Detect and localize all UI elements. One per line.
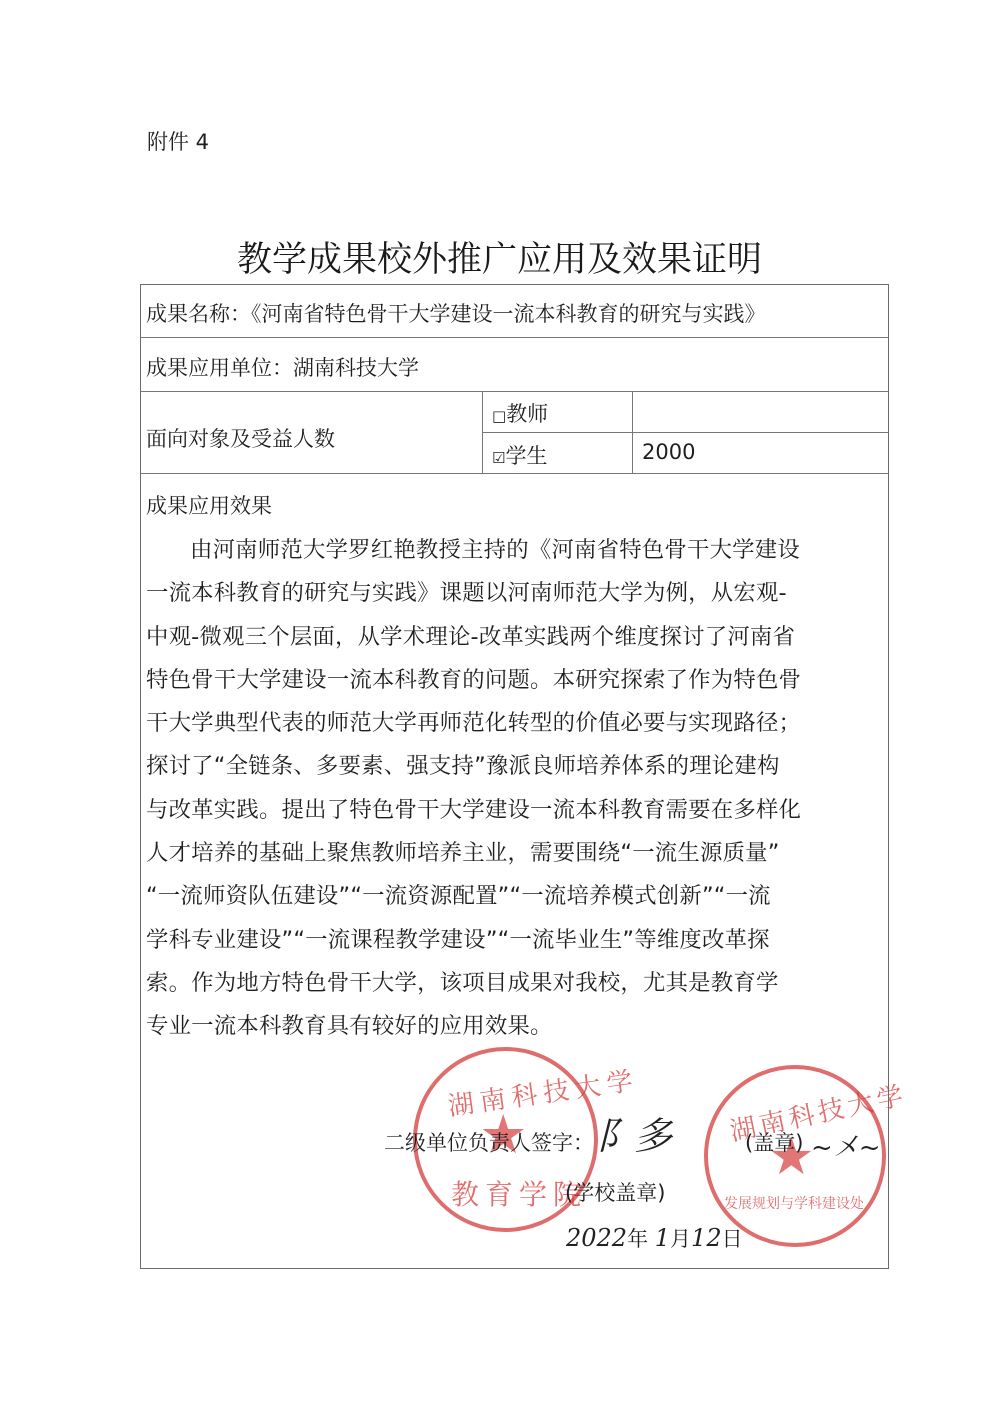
seal-label: (盖章): [745, 1127, 803, 1157]
column-divider: [632, 391, 633, 473]
student-count: 2000: [642, 440, 695, 464]
option-student: ☑学生: [492, 440, 547, 470]
effect-line: 专业一流本科教育具有较好的应用效果。: [146, 1005, 886, 1048]
school-seal-label: (学校盖章): [565, 1177, 665, 1207]
date-day-suffix: 日: [722, 1227, 743, 1251]
attachment-label: 附件 4: [147, 126, 209, 156]
date-day: 12: [691, 1224, 722, 1252]
option-teacher-label: 教师: [506, 402, 548, 426]
effect-line: 特色骨干大学建设一流本科教育的问题。本研究探索了作为特色骨: [146, 659, 886, 702]
effect-line: 与改革实践。提出了特色骨干大学建设一流本科教育需要在多样化: [146, 789, 886, 832]
office-stamp-bottom-text: 发展规划与学科建设处: [724, 1193, 864, 1213]
row-divider: [141, 337, 888, 338]
option-student-label: 学生: [505, 444, 547, 468]
signature-label: 二级单位负责人签字：: [384, 1127, 594, 1157]
effect-heading: 成果应用效果: [146, 490, 272, 520]
applying-unit: 成果应用单位：湖南科技大学: [146, 352, 419, 382]
checkbox-unchecked-icon: □: [492, 407, 506, 425]
option-teacher: □教师: [492, 398, 548, 428]
effect-line: 一流本科教育的研究与实践》课题以河南师范大学为例，从宏观-: [146, 572, 886, 615]
effect-line: 人才培养的基础上聚焦教师培养主业，需要围绕“一流生源质量”: [146, 832, 886, 875]
handwritten-signature-2: ~㐅~: [811, 1127, 881, 1164]
document-title: 教学成果校外推广应用及效果证明: [0, 232, 999, 282]
effect-line: 中观-微观三个层面，从学术理论-改革实践两个维度探讨了河南省: [146, 616, 886, 659]
date-year: 2022: [566, 1224, 627, 1252]
date-month-suffix: 月: [670, 1227, 691, 1251]
column-divider: [482, 391, 483, 473]
effect-line: 探讨了“全链条、多要素、强支持”豫派良师培养体系的理论建构: [146, 745, 886, 788]
handwritten-signature: 阝多: [596, 1105, 672, 1160]
effect-line: 学科专业建设”“一流课程教学建设”“一流毕业生”等维度改革探: [146, 919, 886, 962]
effect-line: “一流师资队伍建设”“一流资源配置”“一流培养模式创新”“一流: [146, 875, 886, 918]
certificate-table: 成果名称：《河南省特色骨干大学建设一流本科教育的研究与实践》 成果应用单位：湖南…: [140, 284, 889, 1269]
effect-line: 由河南师范大学罗红艳教授主持的《河南省特色骨干大学建设: [146, 529, 886, 572]
achievement-name: 成果名称：《河南省特色骨干大学建设一流本科教育的研究与实践》: [146, 298, 766, 328]
beneficiaries-label: 面向对象及受益人数: [146, 423, 335, 453]
date: 2022年 1月12日: [566, 1223, 743, 1253]
effect-line: 干大学典型代表的师范大学再师范化转型的价值必要与实现路径；: [146, 702, 886, 745]
effect-line: 索。作为地方特色骨干大学，该项目成果对我校，尤其是教育学: [146, 962, 886, 1005]
row-divider: [482, 432, 888, 433]
effect-paragraph: 由河南师范大学罗红艳教授主持的《河南省特色骨干大学建设 一流本科教育的研究与实践…: [146, 529, 886, 1049]
row-divider: [141, 473, 888, 474]
checkbox-checked-icon: ☑: [492, 449, 505, 467]
date-year-suffix: 年: [627, 1227, 648, 1251]
row-divider: [141, 391, 888, 392]
date-month: 1: [655, 1224, 670, 1252]
